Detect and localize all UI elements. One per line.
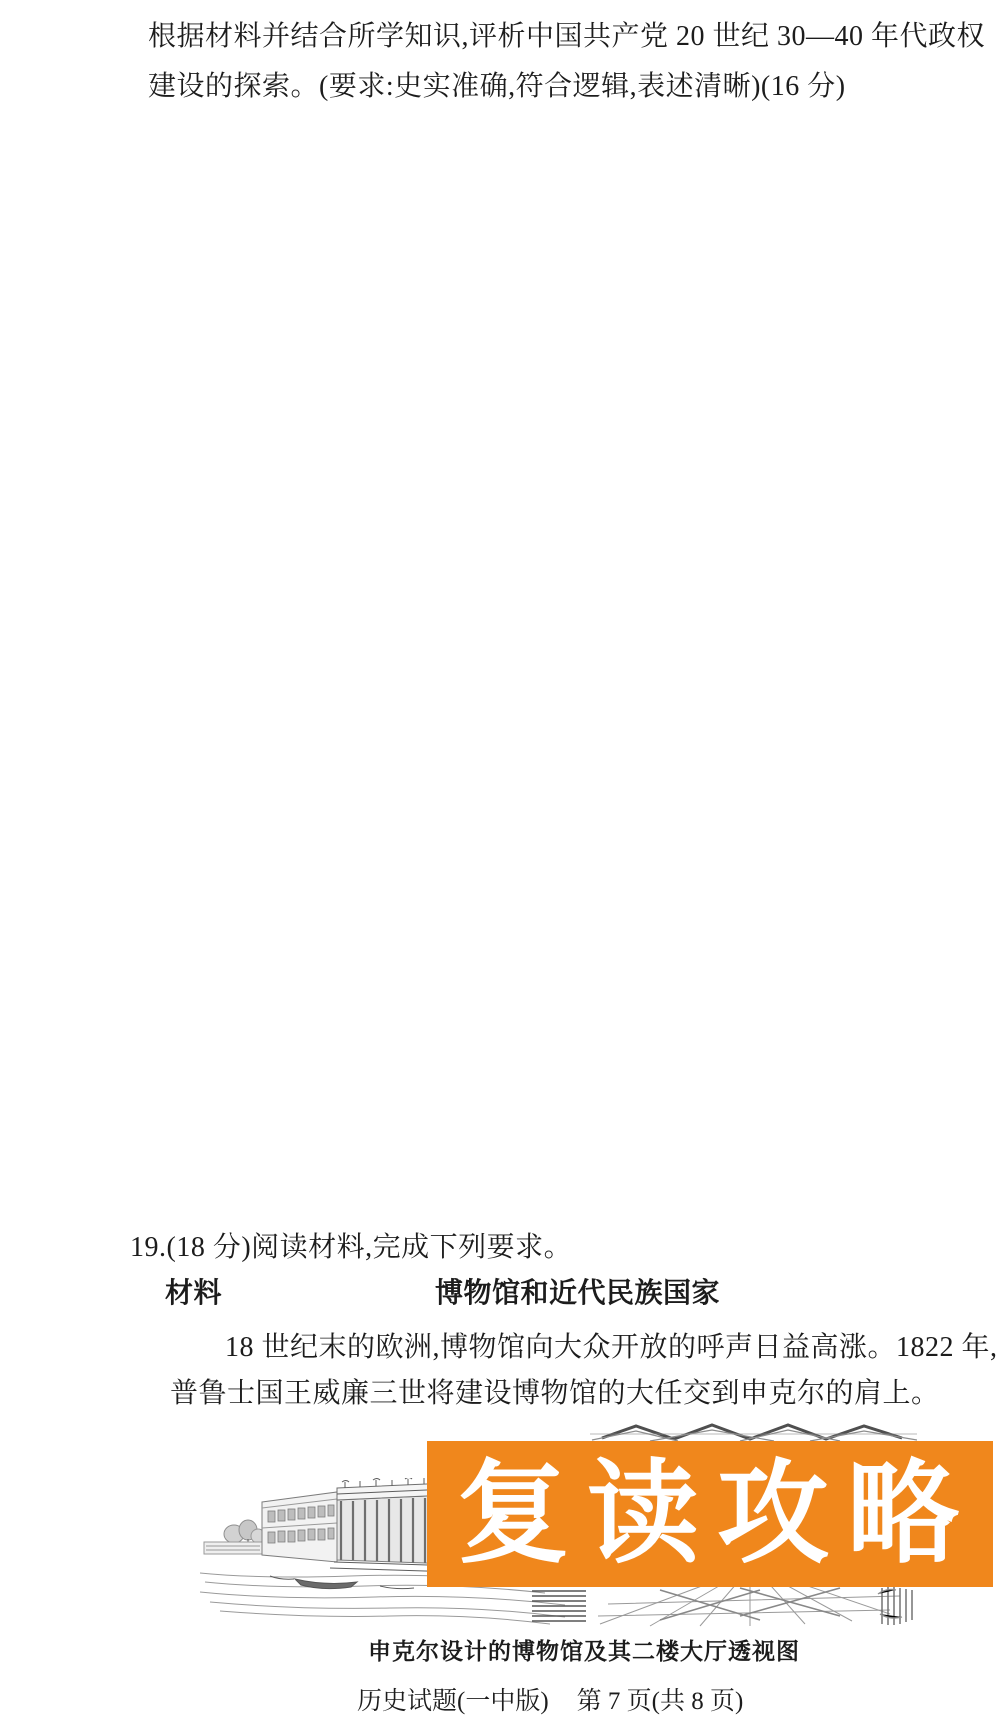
material-title: 博物馆和近代民族国家 [435, 1279, 720, 1309]
watermark-banner: 复读攻略 [427, 1441, 993, 1587]
answer-blank-space [0, 110, 1000, 1225]
material-label: 材料 [165, 1279, 222, 1309]
footer-page-indicator: 第 7 页(共 8 页) [577, 1681, 744, 1717]
question-18-text-line-2: 建设的探索。(要求:史实准确,符合逻辑,表述清晰)(16 分) [148, 72, 846, 102]
watermark-text: 复读攻略 [457, 1458, 977, 1570]
material-paragraph-line-2: 普鲁士国王威廉三世将建设博物馆的大任交到申克尔的肩上。 [170, 1379, 940, 1409]
question-19-header: 19.(18 分)阅读材料,完成下列要求。 [130, 1233, 572, 1263]
question-18-text-line-1: 根据材料并结合所学知识,评析中国共产党 20 世纪 30—40 年代政权 [148, 22, 985, 52]
figure-caption: 申克尔设计的博物馆及其二楼大厅透视图 [368, 1633, 800, 1666]
material-paragraph-line-1: 18 世纪末的欧洲,博物馆向大众开放的呼声日益高涨。1822 年, [225, 1333, 998, 1363]
exam-page: 根据材料并结合所学知识,评析中国共产党 20 世纪 30—40 年代政权 建设的… [0, 0, 1000, 1723]
page-footer: 历史试题(一中版) 第 7 页(共 8 页) [357, 1681, 743, 1717]
footer-doc-label: 历史试题(一中版) [357, 1681, 549, 1717]
